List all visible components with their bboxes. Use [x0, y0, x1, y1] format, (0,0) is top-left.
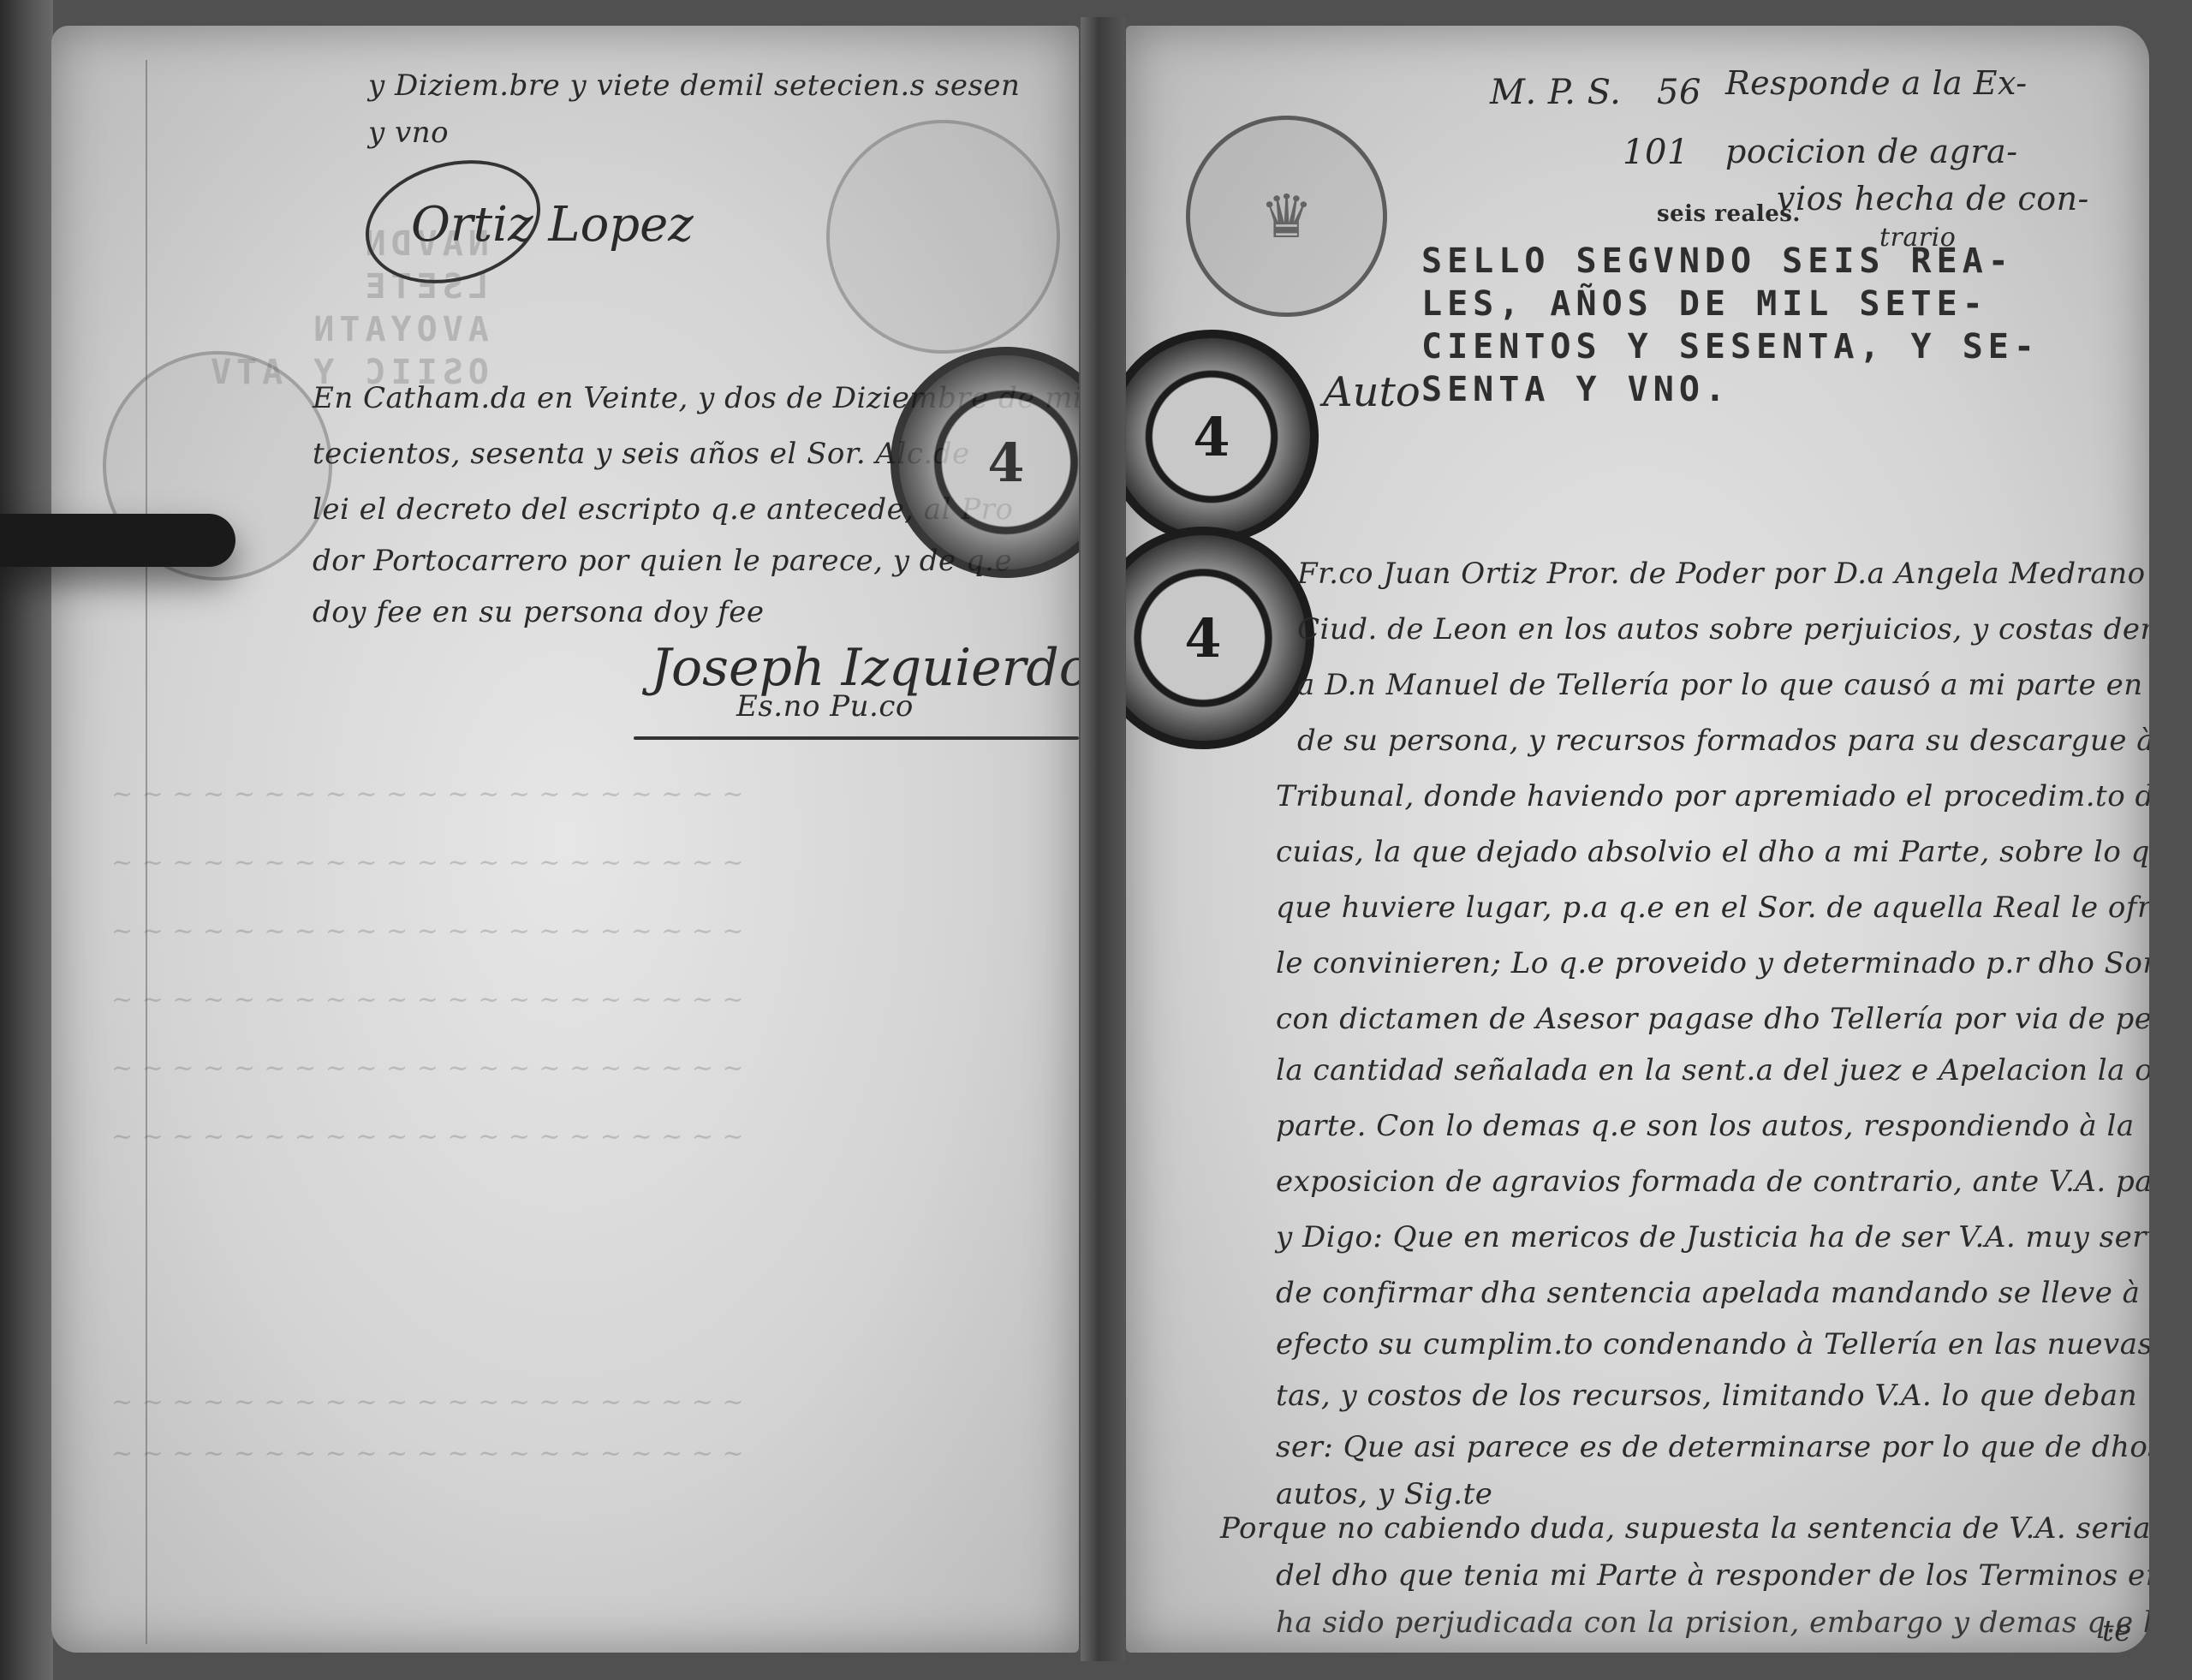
right-body-line-17: ser: Que asi parece es de determinarse p…	[1276, 1430, 2149, 1464]
bleed-text: ~ ~ ~ ~ ~ ~ ~ ~ ~ ~ ~ ~ ~ ~ ~ ~ ~ ~ ~ ~ …	[111, 779, 744, 809]
paper-tab-marker	[0, 514, 235, 567]
binding-edge	[0, 0, 53, 1680]
tax-stamp-2: 4	[1126, 527, 1314, 749]
right-body-line-18: autos, y Sig.te	[1276, 1477, 1492, 1511]
right-body-line-14: de confirmar dha sentencia apelada manda…	[1276, 1276, 2149, 1310]
right-body-line-8: le convinieren; Lo q.e proveido y determ…	[1276, 946, 2149, 980]
coat-of-arms-icon: ♛	[1260, 182, 1313, 252]
right-body-line-7: que huviere lugar, p.a q.e en el Sor. de…	[1276, 891, 2149, 925]
tax-stamp-1: 4	[1126, 330, 1319, 544]
bleed-text: ~ ~ ~ ~ ~ ~ ~ ~ ~ ~ ~ ~ ~ ~ ~ ~ ~ ~ ~ ~ …	[111, 1122, 744, 1152]
right-body-line-19: Porque no cabiendo duda, supuesta la sen…	[1220, 1511, 2149, 1546]
bleed-text: ~ ~ ~ ~ ~ ~ ~ ~ ~ ~ ~ ~ ~ ~ ~ ~ ~ ~ ~ ~ …	[111, 1387, 744, 1417]
printed-seal-header: SELLO SEGVNDO SEIS REA- LES, AÑOS DE MIL…	[1421, 240, 2040, 411]
right-body-line-4: de su persona, y recursos formados para …	[1297, 724, 2149, 758]
catchword: te	[2102, 1614, 2132, 1648]
margin-note-line-3: vios hecha de con-	[1777, 180, 2089, 217]
right-body-line-16: tas, y costos de los recursos, limitando…	[1276, 1379, 2137, 1413]
folio-number-struck: 56	[1657, 73, 1701, 112]
folio-mark: M. P. S.	[1490, 73, 1621, 112]
right-body-line-13: y Digo: Que en mericos de Justicia ha de…	[1276, 1220, 2149, 1254]
seal-tax-fragment: seis reales.	[1657, 201, 1801, 227]
right-body-line-15: efecto su cumplim.to condenando à Teller…	[1276, 1327, 2149, 1361]
margin-note-line-1: Responde a la Ex-	[1725, 64, 2028, 102]
right-body-line-10: la cantidad señalada en la sent.a del ju…	[1276, 1053, 2149, 1087]
royal-seal: ♛	[1186, 116, 1387, 317]
left-page: y Diziem.bre y viete demil setecien.s se…	[51, 26, 1079, 1653]
auto-flourish: Auto	[1323, 368, 1421, 416]
left-body-line-2: tecientos, sesenta y seis años el Sor. A…	[313, 437, 970, 471]
right-body-line-9: con dictamen de Asesor pagase dho Teller…	[1276, 1002, 2149, 1036]
bleed-text: ~ ~ ~ ~ ~ ~ ~ ~ ~ ~ ~ ~ ~ ~ ~ ~ ~ ~ ~ ~ …	[111, 1439, 744, 1469]
bleed-text: ~ ~ ~ ~ ~ ~ ~ ~ ~ ~ ~ ~ ~ ~ ~ ~ ~ ~ ~ ~ …	[111, 916, 744, 946]
right-body-line-21: ha sido perjudicada con la prision, emba…	[1276, 1606, 2149, 1640]
left-body-line-5: doy fee en su persona doy fee	[313, 595, 764, 629]
left-header-line-2: y vno	[368, 116, 449, 150]
right-body-line-1: Fr.co Juan Ortiz Pror. de Poder por D.a …	[1297, 557, 2149, 591]
bleed-text: ~ ~ ~ ~ ~ ~ ~ ~ ~ ~ ~ ~ ~ ~ ~ ~ ~ ~ ~ ~ …	[111, 985, 744, 1015]
margin-note-line-2: pocicion de agra-	[1725, 133, 2018, 170]
right-body-line-20: del dho que tenia mi Parte à responder d…	[1276, 1558, 2149, 1593]
right-body-line-5: Tribunal, donde haviendo por apremiado e…	[1276, 779, 2149, 813]
left-body-line-4: dor Portocarrero por quien le parece, y …	[313, 544, 1012, 578]
signature-underline	[634, 736, 1079, 740]
right-body-line-3: a D.n Manuel de Tellería por lo que caus…	[1297, 668, 2149, 702]
right-body-line-11: parte. Con lo demas q.e son los autos, r…	[1276, 1109, 2135, 1143]
right-body-line-2: Ciud. de Leon en los autos sobre perjuic…	[1297, 612, 2149, 646]
folio-number: 101	[1623, 133, 1689, 172]
right-body-line-12: exposicion de agravios formada de contra…	[1276, 1165, 2149, 1199]
signature-top: Ortiz Lopez	[411, 197, 694, 253]
signature-bottom-title: Es.no Pu.co	[736, 689, 914, 724]
embossed-seal-faded	[826, 120, 1060, 354]
bleed-text: ~ ~ ~ ~ ~ ~ ~ ~ ~ ~ ~ ~ ~ ~ ~ ~ ~ ~ ~ ~ …	[111, 848, 744, 878]
book-gutter	[1081, 17, 1125, 1661]
right-body-line-6: cuias, la que dejado absolvio el dho a m…	[1276, 835, 2149, 869]
right-page: M. P. S. 56 101 Responde a la Ex- pocici…	[1126, 26, 2149, 1653]
left-header-line-1: y Diziem.bre y viete demil setecien.s se…	[368, 69, 1020, 103]
bleed-text: ~ ~ ~ ~ ~ ~ ~ ~ ~ ~ ~ ~ ~ ~ ~ ~ ~ ~ ~ ~ …	[111, 1053, 744, 1083]
